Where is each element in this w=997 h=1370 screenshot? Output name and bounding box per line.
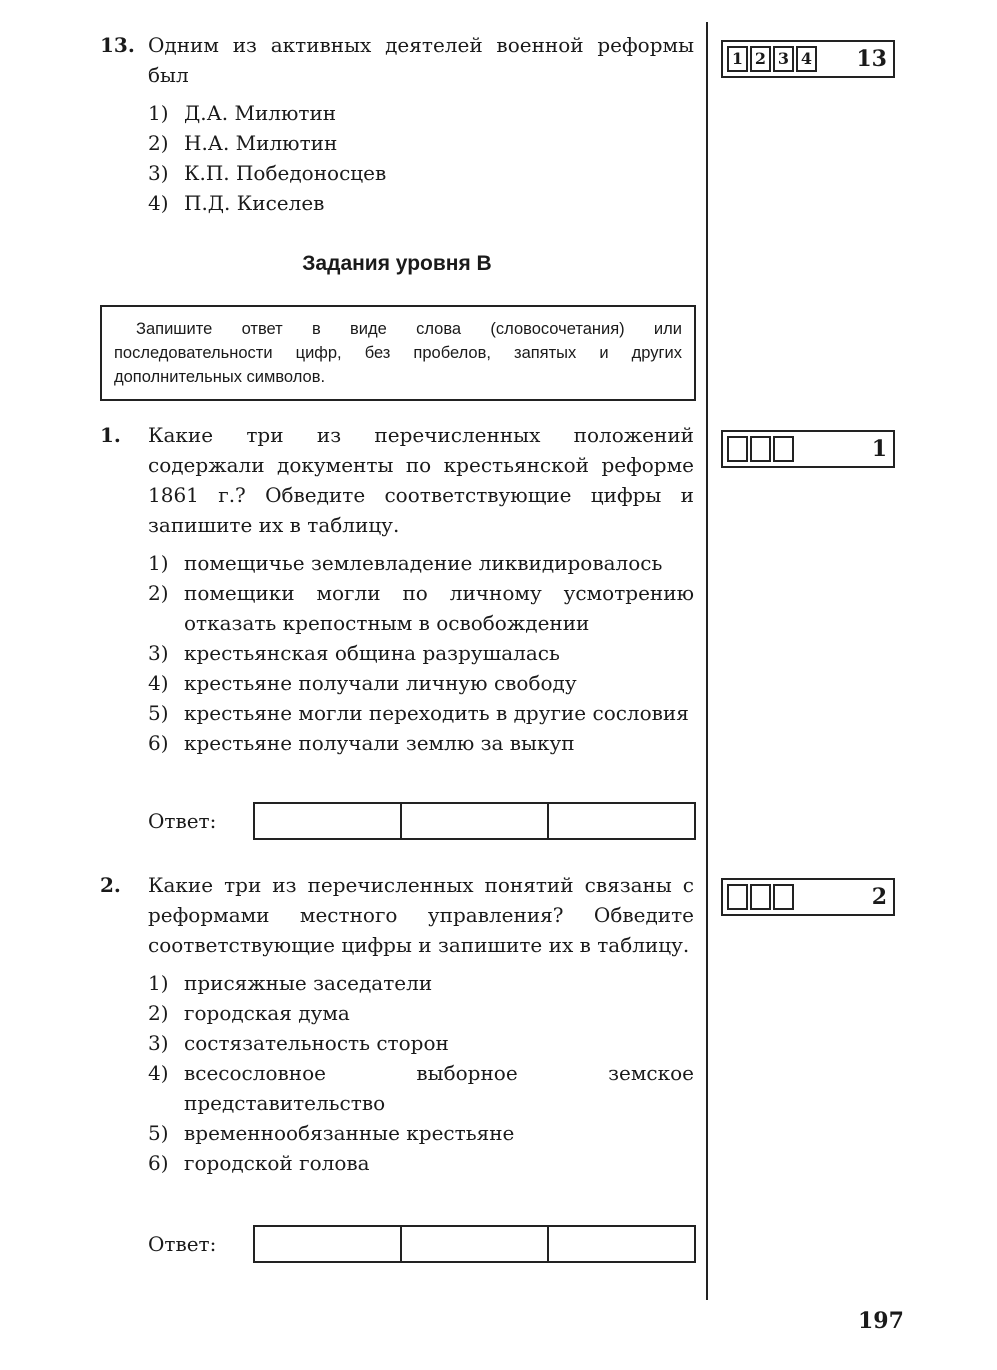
margin-divider	[706, 22, 708, 1300]
answer-cell[interactable]	[255, 1227, 402, 1261]
answer-cell[interactable]	[402, 804, 549, 838]
option[interactable]: 2)городская дума	[148, 998, 694, 1028]
question-number: 1.	[100, 420, 121, 450]
option[interactable]: 1)помещичье землевладение ликвидировалос…	[148, 548, 694, 578]
question-text: Какие три из перечисленных положений сод…	[148, 420, 694, 540]
answer-cell[interactable]	[549, 804, 694, 838]
option[interactable]: 1)Д.А. Милютин	[148, 98, 694, 128]
option[interactable]: 6)крестьяне получали землю за выкуп	[148, 728, 694, 758]
option[interactable]: 2)помещики могли по личному усмотрению о…	[148, 578, 694, 638]
answer-choice-box[interactable]: 1	[727, 46, 748, 72]
margin-task-number: 13	[856, 46, 887, 72]
option[interactable]: 6)городской голова	[148, 1148, 694, 1178]
margin-task-number: 1	[872, 436, 887, 462]
answer-row-b1: Ответ:	[148, 802, 696, 840]
answer-digit-box[interactable]	[750, 884, 771, 910]
answer-table	[253, 802, 696, 840]
answer-label: Ответ:	[148, 809, 253, 833]
option[interactable]: 5)крестьяне могли переходить в другие со…	[148, 698, 694, 728]
option[interactable]: 3)К.П. Победоносцев	[148, 158, 694, 188]
answer-margin-box-b2: 2	[721, 878, 895, 916]
answer-digit-box[interactable]	[727, 436, 748, 462]
option[interactable]: 3)состязательность сторон	[148, 1028, 694, 1058]
margin-task-number: 2	[872, 884, 887, 910]
question-b2: 2. Какие три из перечисленных понятий св…	[100, 870, 694, 1178]
answer-cell[interactable]	[549, 1227, 694, 1261]
answer-choice-box[interactable]: 3	[773, 46, 794, 72]
answer-choice-box[interactable]: 4	[796, 46, 817, 72]
option-list: 1)Д.А. Милютин 2)Н.А. Милютин 3)К.П. Поб…	[148, 98, 694, 218]
option-list: 1)помещичье землевладение ликвидировалос…	[148, 548, 694, 758]
option[interactable]: 4)всесословное выборное земское представ…	[148, 1058, 694, 1118]
section-title: Задания уровня В	[100, 252, 694, 276]
option[interactable]: 3)крестьянская община разрушалась	[148, 638, 694, 668]
question-b1: 1. Какие три из перечисленных положений …	[100, 420, 694, 758]
option[interactable]: 2)Н.А. Милютин	[148, 128, 694, 158]
page-number: 197	[858, 1308, 904, 1334]
answer-label: Ответ:	[148, 1232, 253, 1256]
option[interactable]: 1)присяжные заседатели	[148, 968, 694, 998]
question-number: 13.	[100, 30, 135, 60]
question-text: Одним из активных деятелей военной рефор…	[148, 30, 694, 90]
answer-digit-box[interactable]	[773, 436, 794, 462]
question-number: 2.	[100, 870, 121, 900]
answer-margin-box-13: 1 2 3 4 13	[721, 40, 895, 78]
answer-digit-box[interactable]	[727, 884, 748, 910]
answer-margin-box-b1: 1	[721, 430, 895, 468]
option-list: 1)присяжные заседатели 2)городская дума …	[148, 968, 694, 1178]
answer-row-b2: Ответ:	[148, 1225, 696, 1263]
option[interactable]: 5)временнообязанные крестьяне	[148, 1118, 694, 1148]
question-13: 13. Одним из активных деятелей военной р…	[100, 30, 694, 218]
answer-cell[interactable]	[255, 804, 402, 838]
answer-cell[interactable]	[402, 1227, 549, 1261]
answer-digit-box[interactable]	[773, 884, 794, 910]
option[interactable]: 4)П.Д. Киселев	[148, 188, 694, 218]
option[interactable]: 4)крестьяне получали личную свободу	[148, 668, 694, 698]
answer-table	[253, 1225, 696, 1263]
answer-choice-box[interactable]: 2	[750, 46, 771, 72]
answer-digit-box[interactable]	[750, 436, 771, 462]
question-text: Какие три из перечисленных понятий связа…	[148, 870, 694, 960]
instruction-box: Запишите ответ в виде слова (словосочета…	[100, 305, 696, 401]
